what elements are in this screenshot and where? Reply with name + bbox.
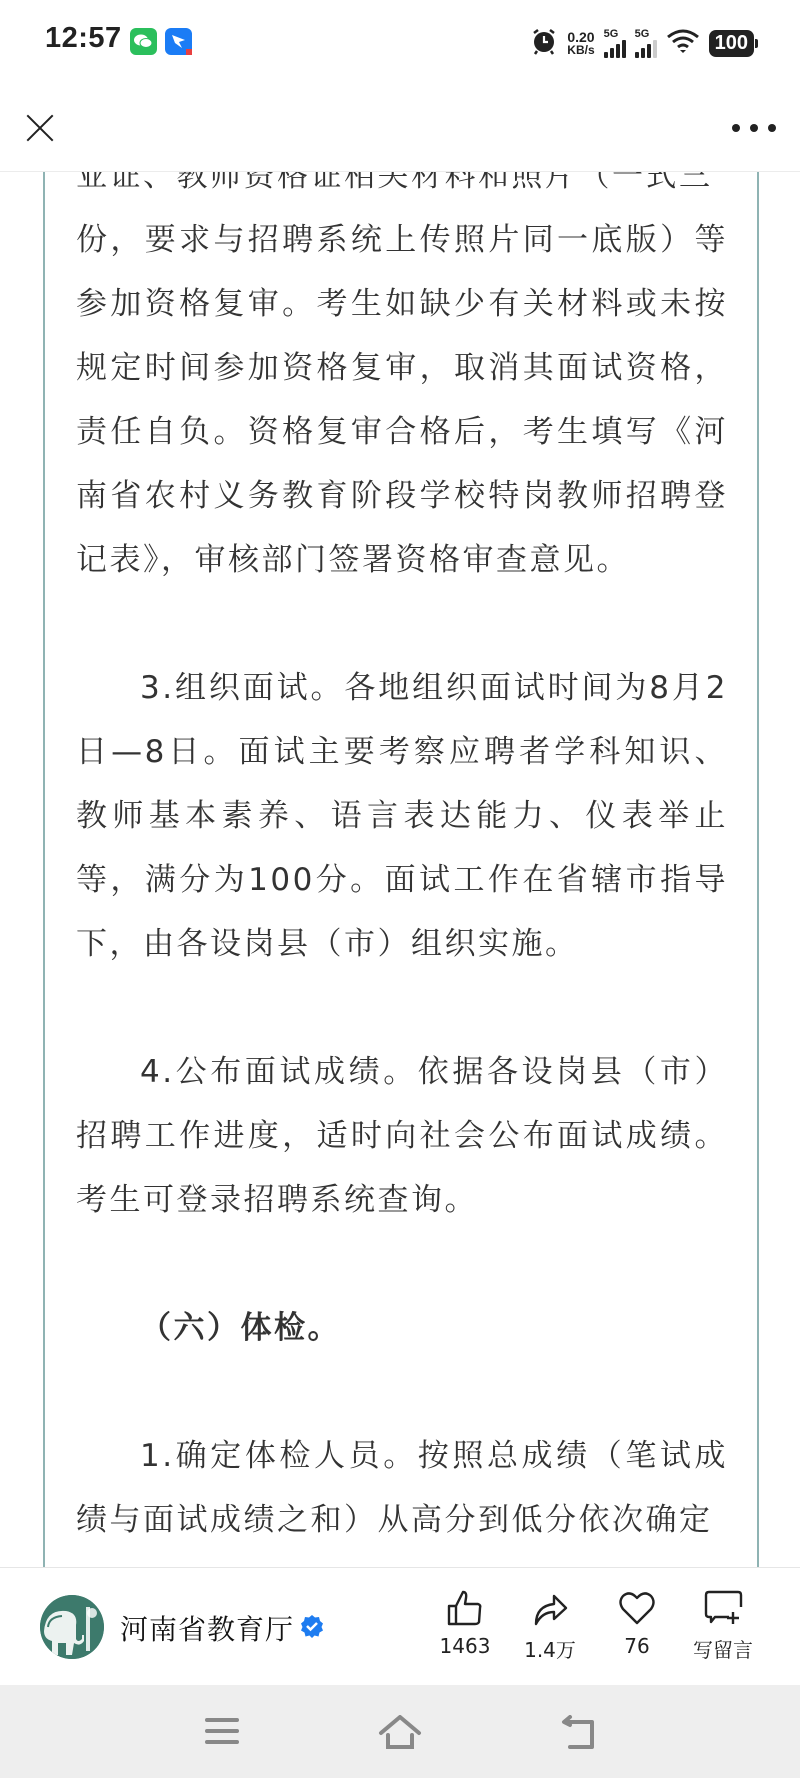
favorite-button[interactable]: 76 — [597, 1588, 677, 1658]
sim2-signal: 5G — [635, 28, 657, 58]
close-icon[interactable] — [22, 110, 58, 146]
network-speed-value: 0.20 — [567, 30, 594, 44]
thumbs-up-icon — [445, 1588, 485, 1628]
signal-bars-icon — [635, 40, 657, 58]
article-paragraph-interview: 3.组织面试。各地组织面试时间为8月2日—8日。面试主要考察应聘者学科知识、教师… — [76, 656, 728, 976]
menu-icon[interactable] — [204, 1715, 240, 1751]
network-speed-unit: KB/s — [567, 44, 594, 56]
dingtalk-icon — [165, 28, 192, 55]
article-nav-bar — [0, 88, 800, 172]
heart-icon — [617, 1588, 657, 1628]
section-heading: （六）体检。 — [76, 1296, 728, 1360]
sim1-label: 5G — [604, 28, 619, 40]
share-button[interactable]: 1.4万 — [510, 1588, 590, 1663]
status-bar: 12:57 0.20 KB/s 5G 5G 100 — [0, 0, 800, 88]
wechat-icon — [130, 28, 157, 55]
share-icon — [530, 1588, 570, 1628]
verified-badge-icon — [300, 1614, 324, 1638]
network-speed: 0.20 KB/s — [567, 30, 594, 56]
avatar[interactable] — [40, 1595, 104, 1659]
comment-add-icon — [703, 1588, 743, 1628]
alarm-clock-icon — [530, 27, 558, 59]
sim1-signal: 5G — [604, 28, 626, 58]
system-navigation-bar — [0, 1685, 800, 1778]
status-time: 12:57 — [45, 22, 122, 55]
article-paragraph: 份，要求与招聘系统上传照片同一底版）等参加资格复审。考生如缺少有关材料或未按规定… — [76, 208, 728, 592]
back-icon[interactable] — [560, 1715, 600, 1755]
article-body: 业证、教师资格证相关材料和照片（一式三 份，要求与招聘系统上传照片同一底版）等参… — [43, 120, 759, 1568]
like-count: 1463 — [425, 1634, 505, 1658]
write-comment-button[interactable]: 写留言 — [683, 1588, 763, 1663]
write-comment-label: 写留言 — [683, 1634, 763, 1663]
article-footer-bar: 河南省教育厅 1463 1.4万 76 写留言 — [0, 1567, 800, 1684]
like-button[interactable]: 1463 — [425, 1588, 505, 1658]
article-paragraph-results: 4.公布面试成绩。依据各设岗县（市）招聘工作进度，适时向社会公布面试成绩。考生可… — [76, 1040, 728, 1232]
article-paragraph-exam: 1.确定体检人员。按照总成绩（笔试成绩与面试成绩之和）从高分到低分依次确定 — [76, 1424, 728, 1552]
account-name[interactable]: 河南省教育厅 — [120, 1608, 294, 1648]
favorite-count: 76 — [597, 1634, 677, 1658]
article-text: 业证、教师资格证相关材料和照片（一式三 份，要求与招聘系统上传照片同一底版）等参… — [76, 144, 728, 1552]
signal-bars-icon — [604, 40, 626, 58]
more-horizontal-icon[interactable] — [732, 118, 776, 138]
sim2-label: 5G — [635, 28, 650, 40]
share-count: 1.4万 — [510, 1634, 590, 1663]
battery-indicator: 100 — [709, 30, 754, 57]
wifi-icon — [666, 28, 700, 58]
home-icon[interactable] — [378, 1715, 422, 1755]
status-indicators: 0.20 KB/s 5G 5G 100 — [530, 26, 754, 60]
